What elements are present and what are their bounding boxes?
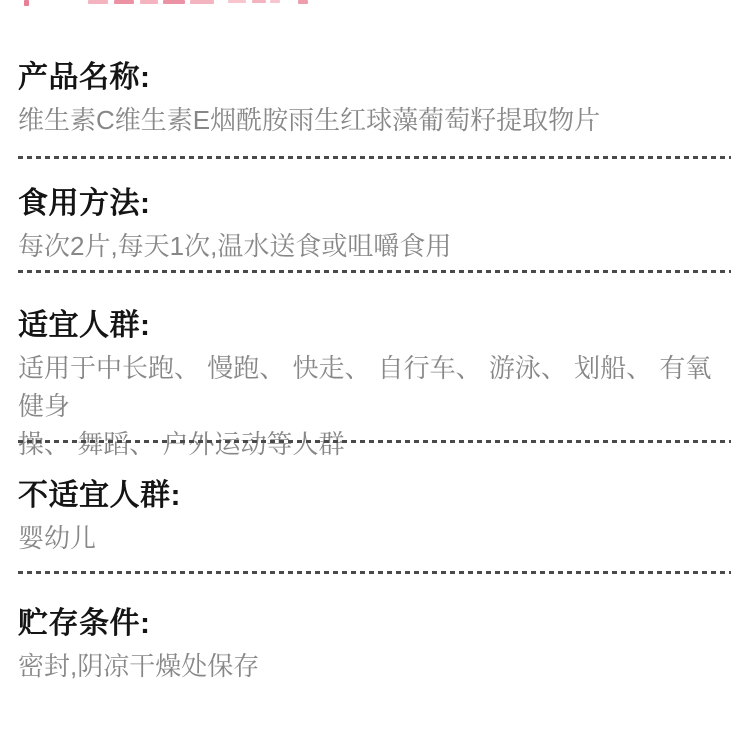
section-usage-method: 食用方法: 每次2片,每天1次,温水送食或咀嚼食用 — [18, 184, 732, 265]
dashed-divider — [18, 571, 731, 574]
section-unsuitable-people: 不适宜人群: 婴幼儿 — [18, 476, 732, 557]
clipped-red-text-fragment — [114, 0, 134, 4]
clipped-red-text-fragment — [252, 0, 266, 3]
clipped-red-text-fragment — [140, 0, 158, 4]
section-body-line: 适用于中长跑、 慢跑、 快走、 自行车、 游泳、 划船、 有氧健身 — [18, 349, 732, 425]
section-heading: 不适宜人群: — [18, 476, 732, 516]
section-heading: 食用方法: — [18, 184, 732, 224]
product-description-page: 产品名称: 维生素C维生素E烟酰胺雨生红球藻葡萄籽提取物片 食用方法: 每次2片… — [0, 0, 750, 738]
section-body-line: 每次2片,每天1次,温水送食或咀嚼食用 — [18, 227, 732, 265]
section-body-line: 密封,阴凉干燥处保存 — [18, 647, 732, 685]
dashed-divider — [18, 440, 731, 443]
section-body-line: 操、 舞蹈、 户外运动等人群 — [18, 425, 732, 463]
clipped-red-text-fragment — [298, 0, 308, 4]
clipped-red-heading-strip — [0, 0, 750, 8]
dashed-divider — [18, 270, 731, 273]
section-storage-conditions: 贮存条件: 密封,阴凉干燥处保存 — [18, 604, 732, 685]
clipped-red-text-fragment — [228, 0, 246, 3]
clipped-red-text-fragment — [163, 0, 185, 4]
clipped-red-text-fragment — [270, 0, 280, 3]
section-heading: 贮存条件: — [18, 604, 732, 644]
clipped-red-text-fragment — [24, 0, 29, 6]
dashed-divider — [18, 156, 731, 159]
clipped-red-text-fragment — [88, 0, 108, 4]
section-heading: 适宜人群: — [18, 306, 732, 346]
clipped-red-text-fragment — [190, 0, 214, 4]
section-heading: 产品名称: — [18, 58, 732, 98]
section-body-line: 婴幼儿 — [18, 519, 732, 557]
section-product-name: 产品名称: 维生素C维生素E烟酰胺雨生红球藻葡萄籽提取物片 — [18, 58, 732, 139]
section-body-line: 维生素C维生素E烟酰胺雨生红球藻葡萄籽提取物片 — [18, 101, 732, 139]
